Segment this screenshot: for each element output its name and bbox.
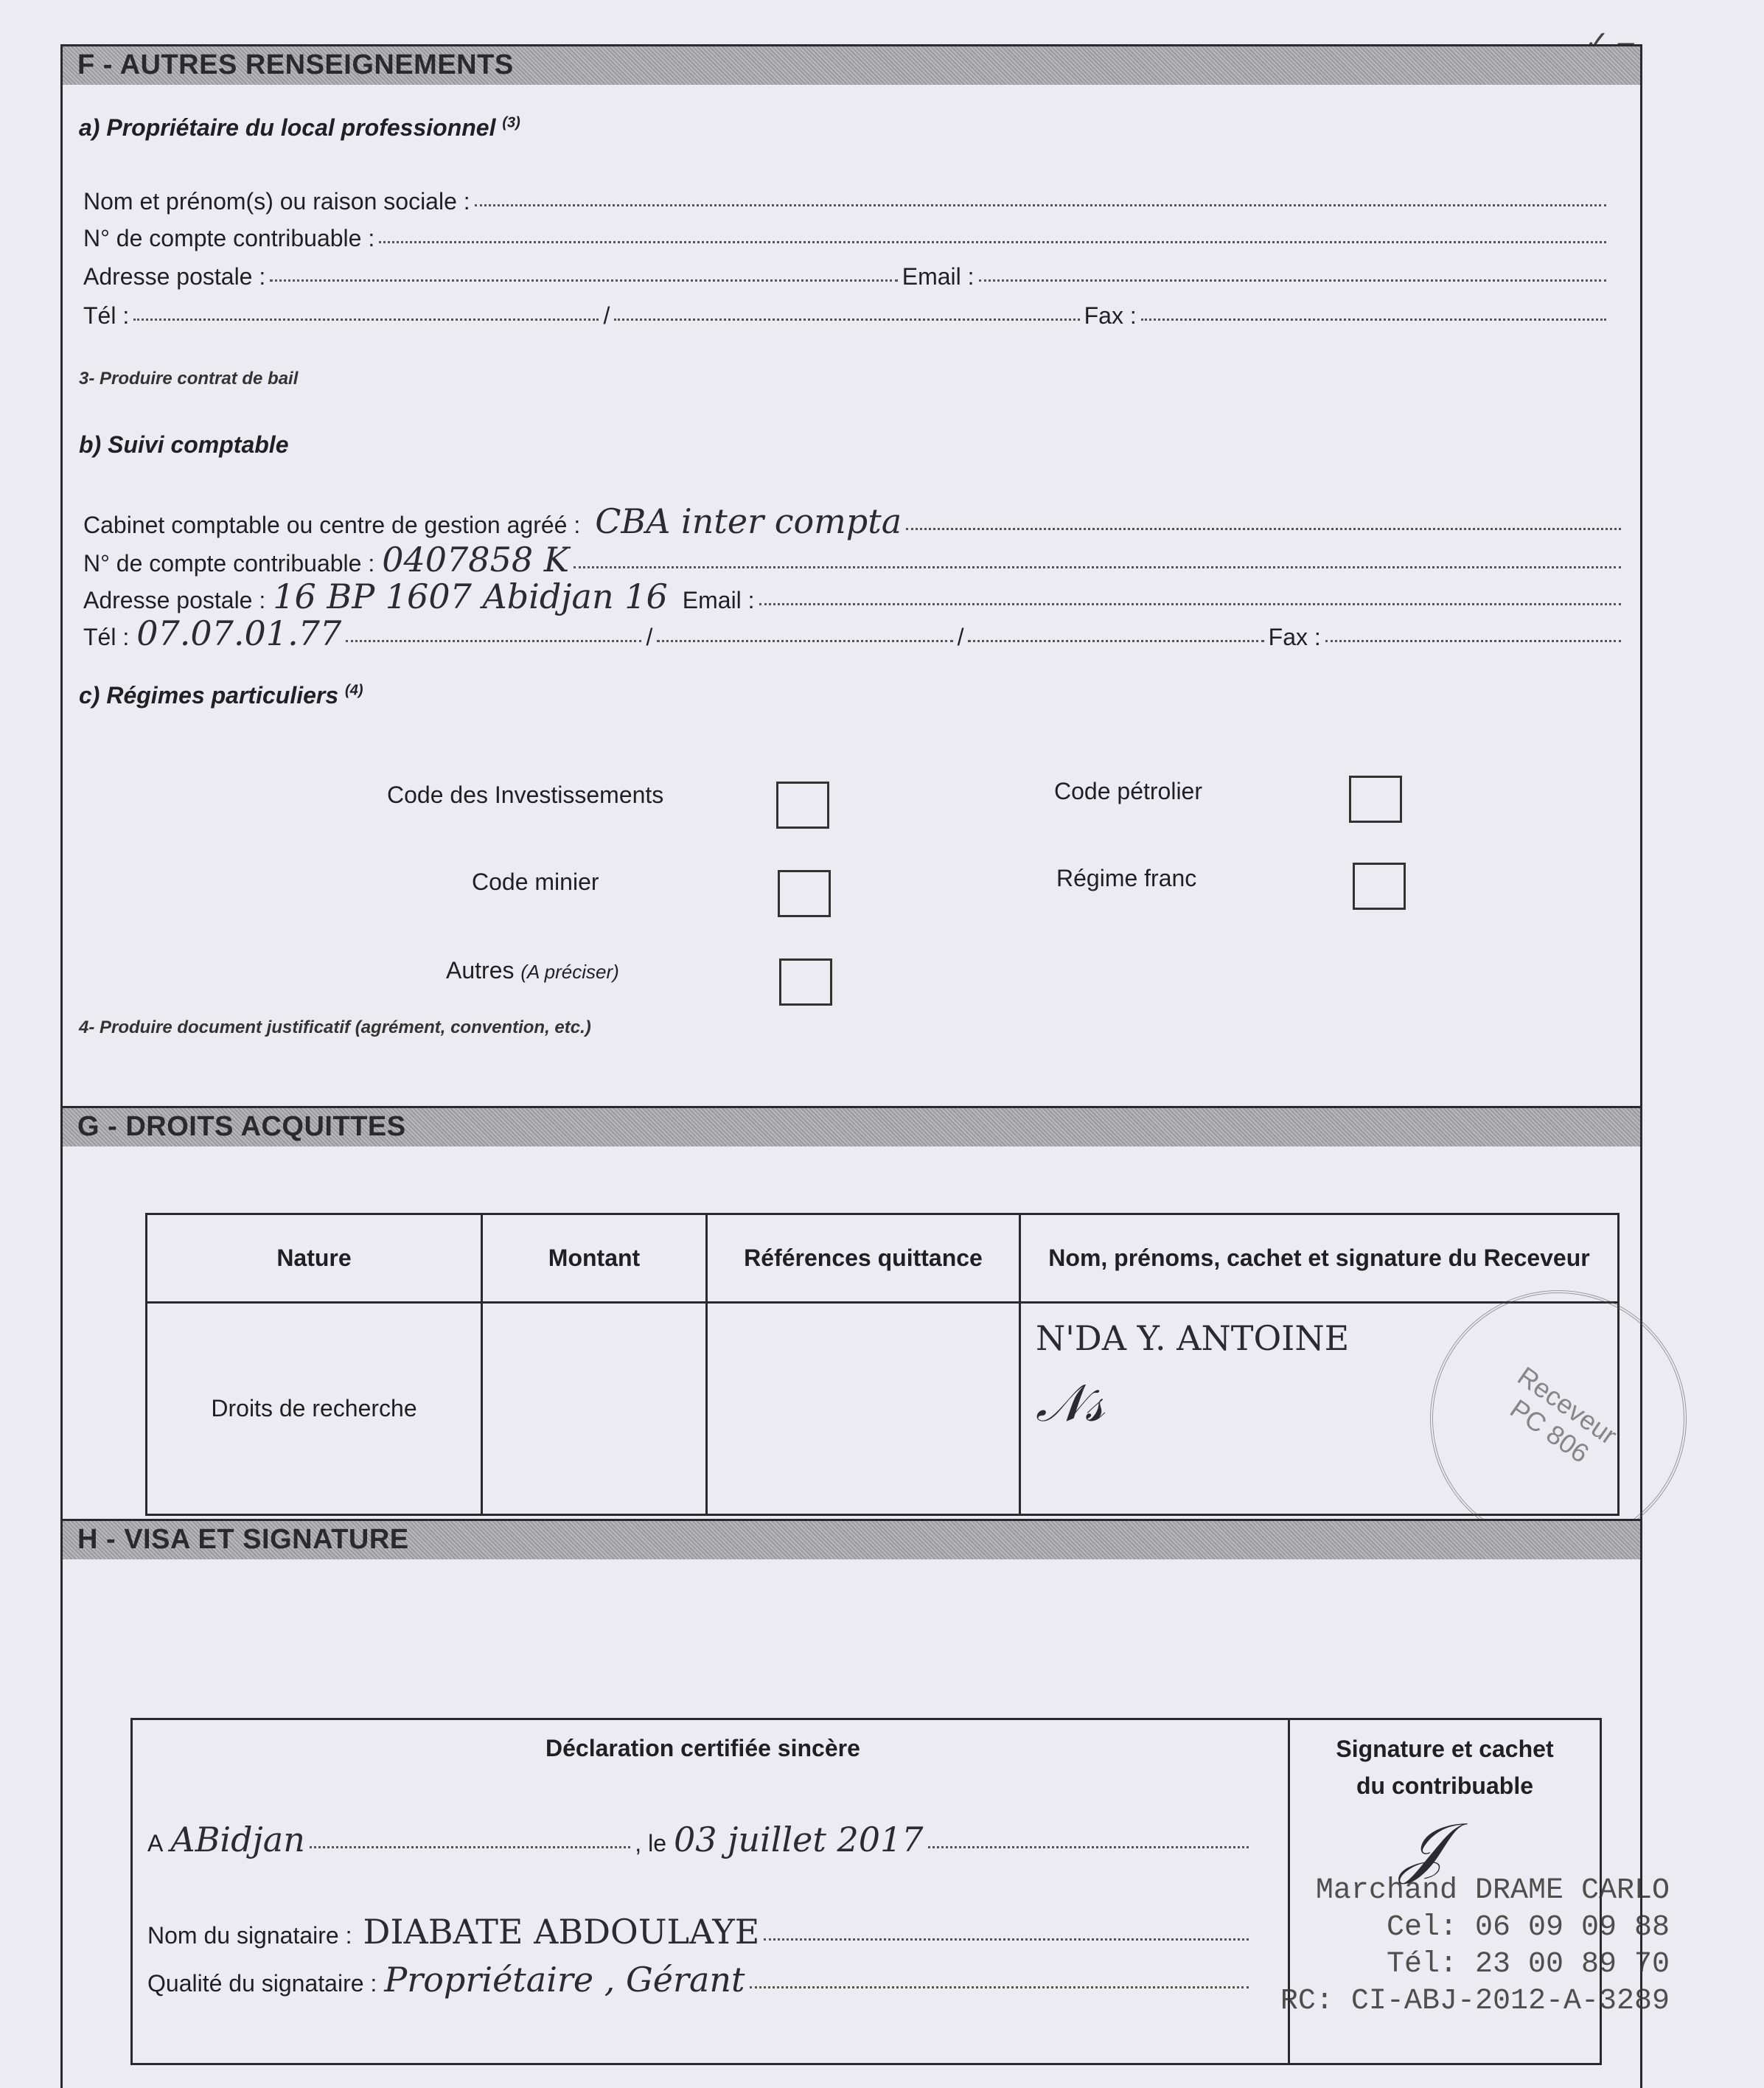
lieu-date-field[interactable]: A ABidjan , le 03 juillet 2017 xyxy=(147,1820,1253,1859)
signataire-qualite-field[interactable]: Qualité du signataire : Propriétaire , G… xyxy=(147,1960,1253,2000)
option-regime-franc-label: Régime franc xyxy=(1056,865,1196,892)
section-f-header: F - AUTRES RENSEIGNEMENTS xyxy=(63,44,1640,85)
checkbox-code-investissements[interactable] xyxy=(776,782,829,829)
col-references: Références quittance xyxy=(707,1214,1020,1303)
form-page: F - AUTRES RENSEIGNEMENTS a) Propriétair… xyxy=(60,44,1642,2088)
section-h-header: H - VISA ET SIGNATURE xyxy=(63,1519,1640,1559)
proprietaire-nom-field[interactable]: Nom et prénom(s) ou raison sociale : xyxy=(83,188,1611,215)
section-h-title: H - VISA ET SIGNATURE xyxy=(77,1524,409,1556)
subsection-b-title: b) Suivi comptable xyxy=(79,431,288,459)
subsection-a-title: a) Propriétaire du local professionnel (… xyxy=(79,114,520,142)
proprietaire-compte-field[interactable]: N° de compte contribuable : xyxy=(83,225,1611,252)
cabinet-comptable-field[interactable]: Cabinet comptable ou centre de gestion a… xyxy=(83,501,1625,541)
option-code-investissements-label: Code des Investissements xyxy=(387,782,663,809)
merchant-stamp: Marchand DRAME CARLO Cel: 06 09 09 88 Té… xyxy=(1257,1873,1670,2020)
cell-montant[interactable] xyxy=(482,1303,707,1515)
section-f-title: F - AUTRES RENSEIGNEMENTS xyxy=(77,49,514,81)
option-autres-label: Autres (A préciser) xyxy=(446,957,619,984)
option-code-petrolier-label: Code pétrolier xyxy=(1054,778,1202,805)
checkbox-code-minier[interactable] xyxy=(778,870,831,917)
col-receveur: Nom, prénoms, cachet et signature du Rec… xyxy=(1020,1214,1619,1303)
section-g-title: G - DROITS ACQUITTES xyxy=(77,1111,406,1143)
col-nature: Nature xyxy=(147,1214,482,1303)
cabinet-compte-field[interactable]: N° de compte contribuable : 0407858 K xyxy=(83,540,1625,580)
proprietaire-tel-field[interactable]: Tél : / Fax : xyxy=(83,302,1611,330)
checkbox-regime-franc[interactable] xyxy=(1353,863,1406,910)
footnote-4: 4- Produire document justificatif (agrém… xyxy=(79,1017,591,1038)
cell-nature: Droits de recherche xyxy=(147,1303,482,1515)
cell-references[interactable] xyxy=(707,1303,1020,1515)
proprietaire-adresse-field[interactable]: Adresse postale : Email : xyxy=(83,263,1611,290)
checkbox-autres[interactable] xyxy=(779,958,832,1006)
option-code-minier-label: Code minier xyxy=(472,869,599,896)
droits-table: Nature Montant Références quittance Nom,… xyxy=(145,1213,1620,1516)
cabinet-adresse-field[interactable]: Adresse postale : 16 BP 1607 Abidjan 16 … xyxy=(83,577,1625,616)
cabinet-tel-field[interactable]: Tél : 07.07.01.77 / / Fax : xyxy=(83,613,1625,653)
table-header-row: Nature Montant Références quittance Nom,… xyxy=(147,1214,1619,1303)
table-row: Droits de recherche N'DA Y. ANTOINE 𝒩𝓈 xyxy=(147,1303,1619,1515)
subsection-c-title: c) Régimes particuliers (4) xyxy=(79,682,363,709)
footnote-3: 3- Produire contrat de bail xyxy=(79,369,298,389)
declaration-title: Déclaration certifiée sincère xyxy=(545,1735,860,1762)
signature-cachet-title: Signature et cachet du contribuable xyxy=(1290,1730,1600,1804)
col-montant: Montant xyxy=(482,1214,707,1303)
section-g-header: G - DROITS ACQUITTES xyxy=(63,1106,1640,1146)
signataire-nom-field[interactable]: Nom du signataire : DIABATE ABDOULAYE xyxy=(147,1912,1253,1952)
checkbox-code-petrolier[interactable] xyxy=(1349,776,1402,823)
